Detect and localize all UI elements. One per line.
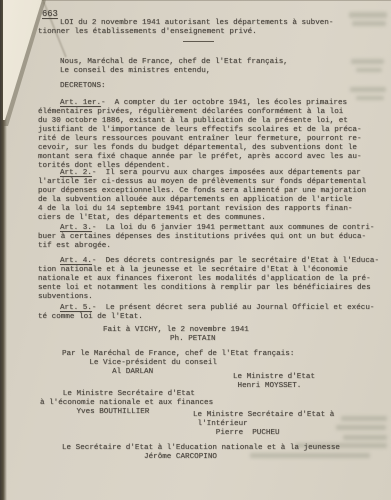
bleed-through-smudge bbox=[341, 416, 387, 421]
scanned-page: 663 LOI du 2 novembre 1941 autorisant le… bbox=[0, 0, 391, 500]
countersignature-carcopino: Le Secrétaire d'Etat à l'Education natio… bbox=[62, 444, 340, 462]
bleed-through-smudge bbox=[351, 59, 384, 64]
article-1-body: - A compter du 1er octobre 1941, les éco… bbox=[38, 99, 362, 170]
bleed-through-smudge bbox=[349, 12, 387, 18]
bleed-through-smudge bbox=[352, 21, 386, 26]
article-4: Art. 4.- Des décrets contresignés par le… bbox=[38, 257, 379, 302]
decree-word: DECRETONS: bbox=[60, 82, 106, 91]
article-3-label: Art. 3. bbox=[60, 224, 92, 232]
article-2: Art. 2.- Il sera pourvu aux charges impo… bbox=[38, 169, 366, 223]
page-number-value: 663 bbox=[42, 9, 58, 19]
closing-place-date: Fait à VICHY, le 2 novembre 1941 bbox=[103, 326, 249, 335]
law-title: LOI du 2 novembre 1941 autorisant les dé… bbox=[38, 19, 333, 37]
page-number: 663 bbox=[42, 10, 58, 19]
article-5-label: Art. 5. bbox=[60, 304, 92, 312]
countersignature-bouthillier: Le Ministre Secrétaire d'Etat à l'économ… bbox=[40, 390, 213, 417]
scan-top-edge bbox=[0, 0, 391, 1]
article-1: Art. 1er.- A compter du 1er octobre 1941… bbox=[38, 99, 362, 171]
countersignature-pucheu: Le Ministre Secrétaire d'Etat à l'Intéri… bbox=[193, 411, 334, 438]
article-3: Art. 3.- La loi du 6 janvier 1941 permet… bbox=[38, 224, 374, 251]
bleed-through-smudge bbox=[350, 87, 386, 92]
article-2-label: Art. 2. bbox=[60, 169, 92, 177]
bleed-through-smudge bbox=[336, 425, 386, 430]
article-1-label: Art. 1er. bbox=[60, 99, 101, 107]
bleed-through-smudge bbox=[356, 68, 382, 72]
article-5: Art. 5.- Le présent décret sera publié a… bbox=[38, 304, 374, 322]
bleed-through-smudge bbox=[343, 435, 387, 440]
preamble: Nous, Maréchal de France, chef de l'Etat… bbox=[60, 58, 288, 76]
countersignature-moysset: Le Ministre d'Etat Henri MOYSSET. bbox=[233, 373, 315, 391]
article-4-label: Art. 4. bbox=[60, 257, 92, 265]
closing-signatory: Ph. PETAIN bbox=[170, 335, 216, 344]
title-divider-rule bbox=[183, 41, 214, 42]
